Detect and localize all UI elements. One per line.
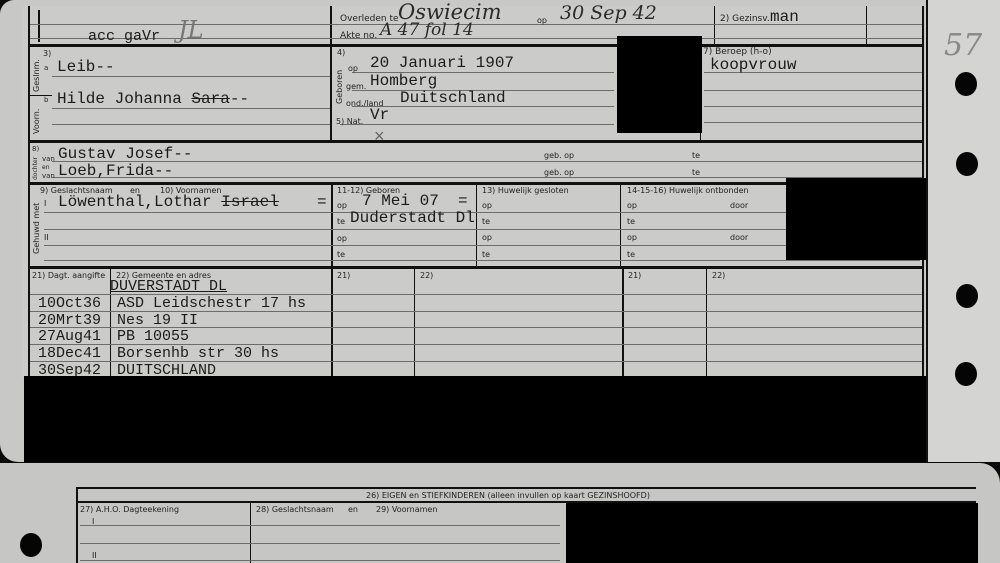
geboren-label: Geboren [335,70,344,104]
addr-col22-label: 22) [420,271,433,280]
spouse-name-text: Löwenthal,Lothar [58,193,221,211]
ontbonden-door-1: door [730,201,748,210]
divider-marriage [28,266,924,269]
birth-country: Duitschland [400,89,506,107]
spouse-op2-label: op [337,234,347,243]
col-divider [620,184,621,266]
gesloten-te-2: te [482,250,490,259]
surname: Leib-- [57,58,115,76]
parents-num: 8) [32,145,39,153]
addr-date-3: 18Dec41 [38,345,101,362]
occupation-value: koopvrouw [710,56,796,74]
divider-names [28,140,924,143]
birth-op-label: op [348,64,358,73]
card-side-strip [926,0,1000,462]
rule [80,525,560,526]
gesloten-op-2: op [482,233,492,242]
rule [704,122,922,123]
mother-name: Loeb,Frida-- [58,162,173,180]
addr-date-label: 21) Dagt. aangifte [32,271,105,280]
father-geb-op-label: geb. op [544,151,574,160]
addr-date-0: 10Oct36 [38,295,101,312]
addr-value-3: Borsenhb str 30 hs [117,345,279,362]
given-names-text: Hilde Johanna [57,90,191,108]
col-divider [331,184,333,266]
akte-label: Akte no. [340,31,377,41]
punch-hole-icon [955,362,977,386]
rule [80,560,560,561]
addr-date-1: 20Mrt39 [38,312,101,329]
nat-label: 5) Nat. [336,117,363,126]
spouse-te-label: te [337,217,345,226]
registration-card: acc gaVr JL Overleden te Oswiecim op 30 … [0,0,1000,462]
addr-value-0: ASD Leidschestr 17 hs [117,295,306,312]
frame-left-line [28,6,30,378]
rule [30,38,922,39]
ontbonden-door-2: door [730,233,748,242]
rule [704,106,922,107]
van-label-1: van [42,155,55,163]
van-label-2: van [42,172,55,180]
col-divider-1 [330,6,332,140]
ontbonden-te-1: te [627,217,635,226]
death-op-label: op [537,16,547,25]
spouse-name: Löwenthal,Lothar Israel [58,193,279,211]
redaction-block-children [566,503,978,563]
given-names-struck: Sara [191,90,229,108]
father-name: Gustav Josef-- [58,145,192,163]
rule [52,76,330,77]
equals-sign-2: = [458,192,468,210]
a-marker: a [44,64,48,72]
gezinsv-label: 2) Gezinsv. [720,14,770,24]
death-date: 30 Sep 42 [560,2,657,24]
ontbonden-op-1: op [627,201,637,210]
children-card: 26) EIGEN en STIEFKINDEREN (alleen invul… [0,463,1000,563]
redaction-block-bottom [24,376,926,462]
addr-header-city: DUVERSTADT DL [110,278,227,295]
frame-left [76,487,78,563]
punch-hole-icon [20,533,42,557]
gesloten-label: 13) Huwelijk gesloten [482,186,569,195]
addr-col21-label: 21) [337,271,350,280]
punch-hole-icon [955,72,977,96]
voorn-label: Voorn. [32,109,41,134]
equals-sign-1: = [317,193,327,211]
birth-date: 20 Januari 1907 [370,54,514,72]
children-title: 26) EIGEN en STIEFKINDEREN (alleen invul… [366,491,650,500]
rule [44,260,920,261]
roman-1: I [44,199,46,208]
handwritten-initials: JL [178,16,204,44]
gesloten-op-1: op [482,201,492,210]
spouse-name-struck: Israel [221,193,279,211]
addr-value-2: PB 10055 [117,328,189,345]
card-code: acc gaVr [88,28,160,45]
col-divider [476,184,477,266]
gezinsv-value: man [770,8,799,26]
child-roman-1: I [92,517,94,526]
gem-label: gem. [346,82,366,91]
given-names-tail: -- [230,90,249,108]
ontbonden-label: 14-15-16) Huwelijk ontbonden [627,186,749,195]
rule [340,124,614,125]
akte-value: A 47 fol 14 [380,20,474,40]
addr-date-2: 27Aug41 [38,328,101,345]
child-en-label: en [348,505,358,514]
mother-te-label: te [692,168,700,177]
aho-date-label: 27) A.H.O. Dagteekening [80,505,179,514]
col-divider [250,503,251,563]
ontbonden-op-2: op [627,233,637,242]
roman-2: II [44,233,49,242]
given-names: Hilde Johanna Sara-- [57,90,249,108]
divider-header [28,44,924,47]
spouse-birth-date: 7 Mei 07 [362,192,439,210]
addr-col22b-label: 22) [712,271,725,280]
rule [80,543,560,544]
child-roman-2: II [92,551,97,560]
punch-hole-icon [956,152,978,176]
geslnm-label: Geslnm. [32,59,41,92]
rule [52,124,330,125]
redaction-block-photo [617,36,702,133]
child-given-label: 29) Voornamen [376,505,437,514]
nationality: Vr [370,106,389,124]
father-te-label: te [692,151,700,160]
redaction-block-marriage [786,178,926,260]
spouse-op-label: op [337,201,347,210]
en-label: en [42,164,50,171]
gehuwd-label: Gehuwd met [32,203,41,254]
margin-number: 57 [944,28,982,63]
birth-place: Homberg [370,72,437,90]
dochter-label: dochter [32,157,39,180]
frame-top [76,487,976,489]
cross-mark: × [374,126,385,147]
spouse-te2-label: te [337,250,345,259]
rule [52,108,330,109]
gesloten-te-1: te [482,217,490,226]
punch-hole-icon [956,284,978,308]
names-num: 3) [43,49,51,58]
rule [704,90,922,91]
spouse-birth-place: Duderstadt Dl [350,209,475,227]
child-surname-label: 28) Geslachtsnaam [256,505,334,514]
mother-geb-op-label: geb. op [544,168,574,177]
b-marker: b [44,96,48,104]
birth-num: 4) [337,48,345,57]
ontbonden-te-2: te [627,250,635,259]
addr-value-1: Nes 19 II [117,312,198,329]
addr-col21b-label: 21) [628,271,641,280]
